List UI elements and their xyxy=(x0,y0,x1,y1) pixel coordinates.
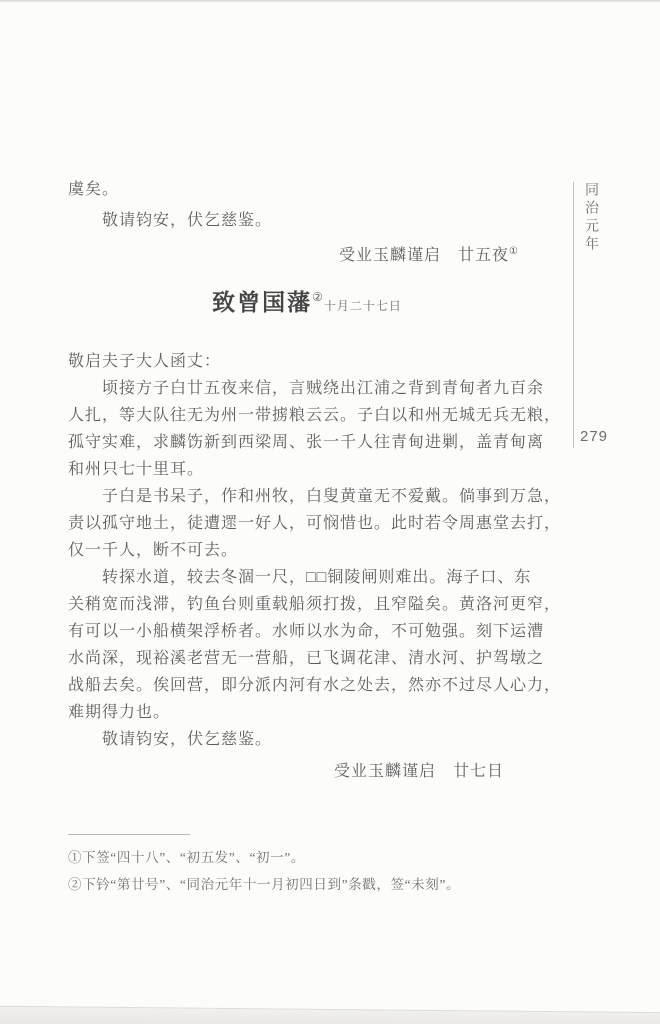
letter-line: 难期得力也。 xyxy=(68,699,546,726)
footnote-marker: ② xyxy=(312,290,323,304)
letter-line: 水尚深，现裕溪老营无一营船，已飞调花津、清水河、护驾墩之 xyxy=(68,645,546,672)
letter-line: 孤守实难，求麟饬新到西梁周、张一千人往青甸进剿，盖青甸离 xyxy=(68,429,546,456)
letter-line: 敬请钧安，伏乞慈鉴。 xyxy=(68,205,546,236)
margin-era-label: 同治元年 xyxy=(580,182,600,254)
letter-signoff: 受业玉麟谨启 廿五夜① xyxy=(68,236,546,267)
letter-line: 责以孤守地土，徒遭遝一好人，可悯惜也。此时若令周惠堂去打， xyxy=(68,510,546,537)
footnotes: ①下签“四十八”、“初五发”、“初一”。 ②下钤“第廿号”、“同治元年十一月初四… xyxy=(68,844,546,898)
letter-signoff: 受业玉麟谨启 廿七日 xyxy=(68,758,546,785)
letter-line: 和州只七十里耳。 xyxy=(68,456,546,483)
scan-bottom-shadow xyxy=(0,1006,660,1024)
footnote-item: ②下钤“第廿号”、“同治元年十一月初四日到”条戳，签“未刻”。 xyxy=(68,871,546,898)
letter-line: 虞矣。 xyxy=(68,174,546,205)
letter-heading: 致曾国藩②十月二十七日 xyxy=(68,284,546,317)
letter-line: 关稍宽而浅滞，钓鱼台则重载船须打拨，且窄隘矣。黄洛河更窄， xyxy=(68,591,546,618)
letter-title: 致曾国藩 xyxy=(212,289,312,315)
letter-line: 人扎，等大队往无为州一带掳粮云云。子白以和州无城无兵无粮， xyxy=(68,402,546,429)
letter-line: 仅一千人，断不可去。 xyxy=(68,537,546,564)
scan-top-edge xyxy=(0,0,660,3)
letter-line: 敬启夫子大人函丈： xyxy=(68,348,546,375)
letter-line: 子白是书呆子，作和州牧，白叟黄童无不爱戴。倘事到万急， xyxy=(68,483,546,510)
margin-rule xyxy=(573,182,574,448)
previous-letter-tail: 虞矣。 敬请钧安，伏乞慈鉴。 受业玉麟谨启 廿五夜① xyxy=(68,174,546,267)
signoff-text: 受业玉麟谨启 廿五夜 xyxy=(339,247,509,264)
footnote-item: ①下签“四十八”、“初五发”、“初一”。 xyxy=(68,844,546,871)
letter-line: 顷接方子白廿五夜来信，言贼绕出江浦之背到青甸者九百余 xyxy=(68,375,546,402)
letter-line: 敬请钧安，伏乞慈鉴。 xyxy=(68,726,546,753)
letter-line: 转探水道，较去冬涸一尺，□□铜陵闸则难出。海子口、东 xyxy=(68,564,546,591)
page-number: 279 xyxy=(580,428,608,445)
letter-line: 有可以一小船横架浮桥者。水师以水为命，不可勉强。刻下运漕 xyxy=(68,618,546,645)
footnote-separator xyxy=(68,834,190,835)
letter-line: 战船去矣。俟回营，即分派内河有水之处去，然亦不过尽人心力， xyxy=(68,672,546,699)
footnote-marker: ① xyxy=(509,246,518,257)
letter-body: 敬启夫子大人函丈： 顷接方子白廿五夜来信，言贼绕出江浦之背到青甸者九百余 人扎，… xyxy=(68,348,546,785)
letter-date: 十月二十七日 xyxy=(324,299,402,313)
